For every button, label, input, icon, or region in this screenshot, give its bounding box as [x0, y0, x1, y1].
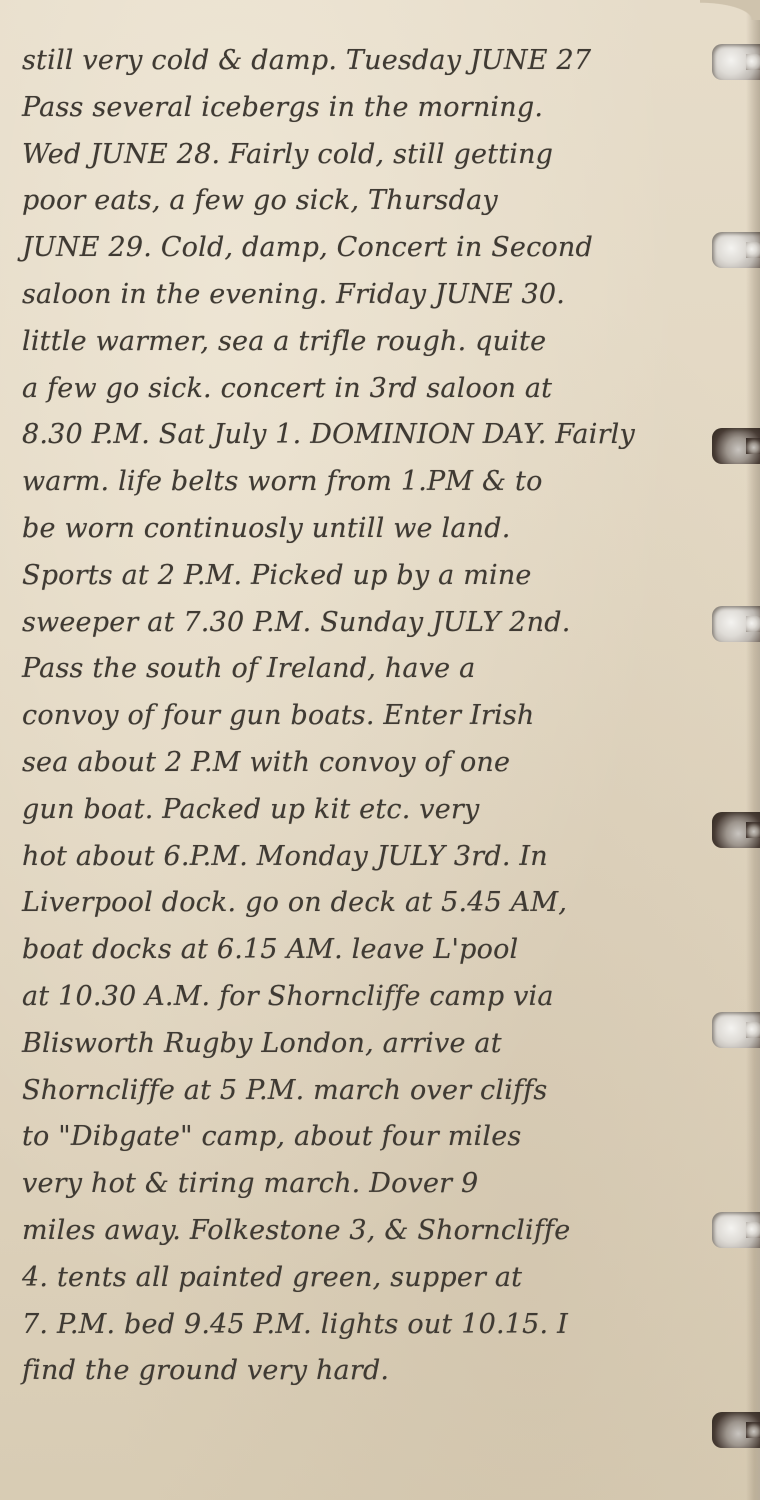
- binder-hole: [712, 606, 760, 642]
- text-line: 4. tents all painted green, supper at: [22, 1255, 722, 1302]
- text-line: very hot & tiring march. Dover 9: [22, 1161, 722, 1208]
- text-line: little warmer, sea a trifle rough. quite: [22, 319, 722, 366]
- text-line: convoy of four gun boats. Enter Irish: [22, 693, 722, 740]
- text-line: saloon in the evening. Friday JUNE 30.: [22, 272, 722, 319]
- handwritten-text: still very cold & damp. Tuesday JUNE 27 …: [22, 38, 722, 1395]
- text-line: sweeper at 7.30 P.M. Sunday JULY 2nd.: [22, 600, 722, 647]
- binder-hole: [712, 1012, 760, 1048]
- binder-hole: [712, 1212, 760, 1248]
- text-line: a few go sick. concert in 3rd saloon at: [22, 366, 722, 413]
- text-line: 7. P.M. bed 9.45 P.M. lights out 10.15. …: [22, 1302, 722, 1349]
- text-line: Wed JUNE 28. Fairly cold, still getting: [22, 132, 722, 179]
- text-line: Blisworth Rugby London, arrive at: [22, 1021, 722, 1068]
- text-line: hot about 6.P.M. Monday JULY 3rd. In: [22, 834, 722, 881]
- text-line: boat docks at 6.15 AM. leave L'pool: [22, 927, 722, 974]
- text-line: gun boat. Packed up kit etc. very: [22, 787, 722, 834]
- binder-hole: [712, 1412, 760, 1448]
- text-line: sea about 2 P.M with convoy of one: [22, 740, 722, 787]
- binder-holes: [700, 0, 760, 1500]
- diary-page: still very cold & damp. Tuesday JUNE 27 …: [0, 0, 760, 1500]
- text-line: 8.30 P.M. Sat July 1. DOMINION DAY. Fair…: [22, 412, 722, 459]
- binder-hole: [712, 232, 760, 268]
- text-line: find the ground very hard.: [22, 1348, 722, 1395]
- text-line: still very cold & damp. Tuesday JUNE 27: [22, 38, 722, 85]
- text-line: Pass the south of Ireland, have a: [22, 646, 722, 693]
- text-line: Pass several icebergs in the morning.: [22, 85, 722, 132]
- text-line: be worn continuosly untill we land.: [22, 506, 722, 553]
- text-line: Liverpool dock. go on deck at 5.45 AM,: [22, 880, 722, 927]
- text-line: Shorncliffe at 5 P.M. march over cliffs: [22, 1068, 722, 1115]
- text-line: at 10.30 A.M. for Shorncliffe camp via: [22, 974, 722, 1021]
- text-line: JUNE 29. Cold, damp, Concert in Second: [22, 225, 722, 272]
- binder-hole: [712, 428, 760, 464]
- binder-hole: [712, 44, 760, 80]
- text-line: warm. life belts worn from 1.PM & to: [22, 459, 722, 506]
- text-line: Sports at 2 P.M. Picked up by a mine: [22, 553, 722, 600]
- text-line: to "Dibgate" camp, about four miles: [22, 1114, 722, 1161]
- binder-hole: [712, 812, 760, 848]
- text-line: poor eats, a few go sick, Thursday: [22, 178, 722, 225]
- text-line: miles away. Folkestone 3, & Shorncliffe: [22, 1208, 722, 1255]
